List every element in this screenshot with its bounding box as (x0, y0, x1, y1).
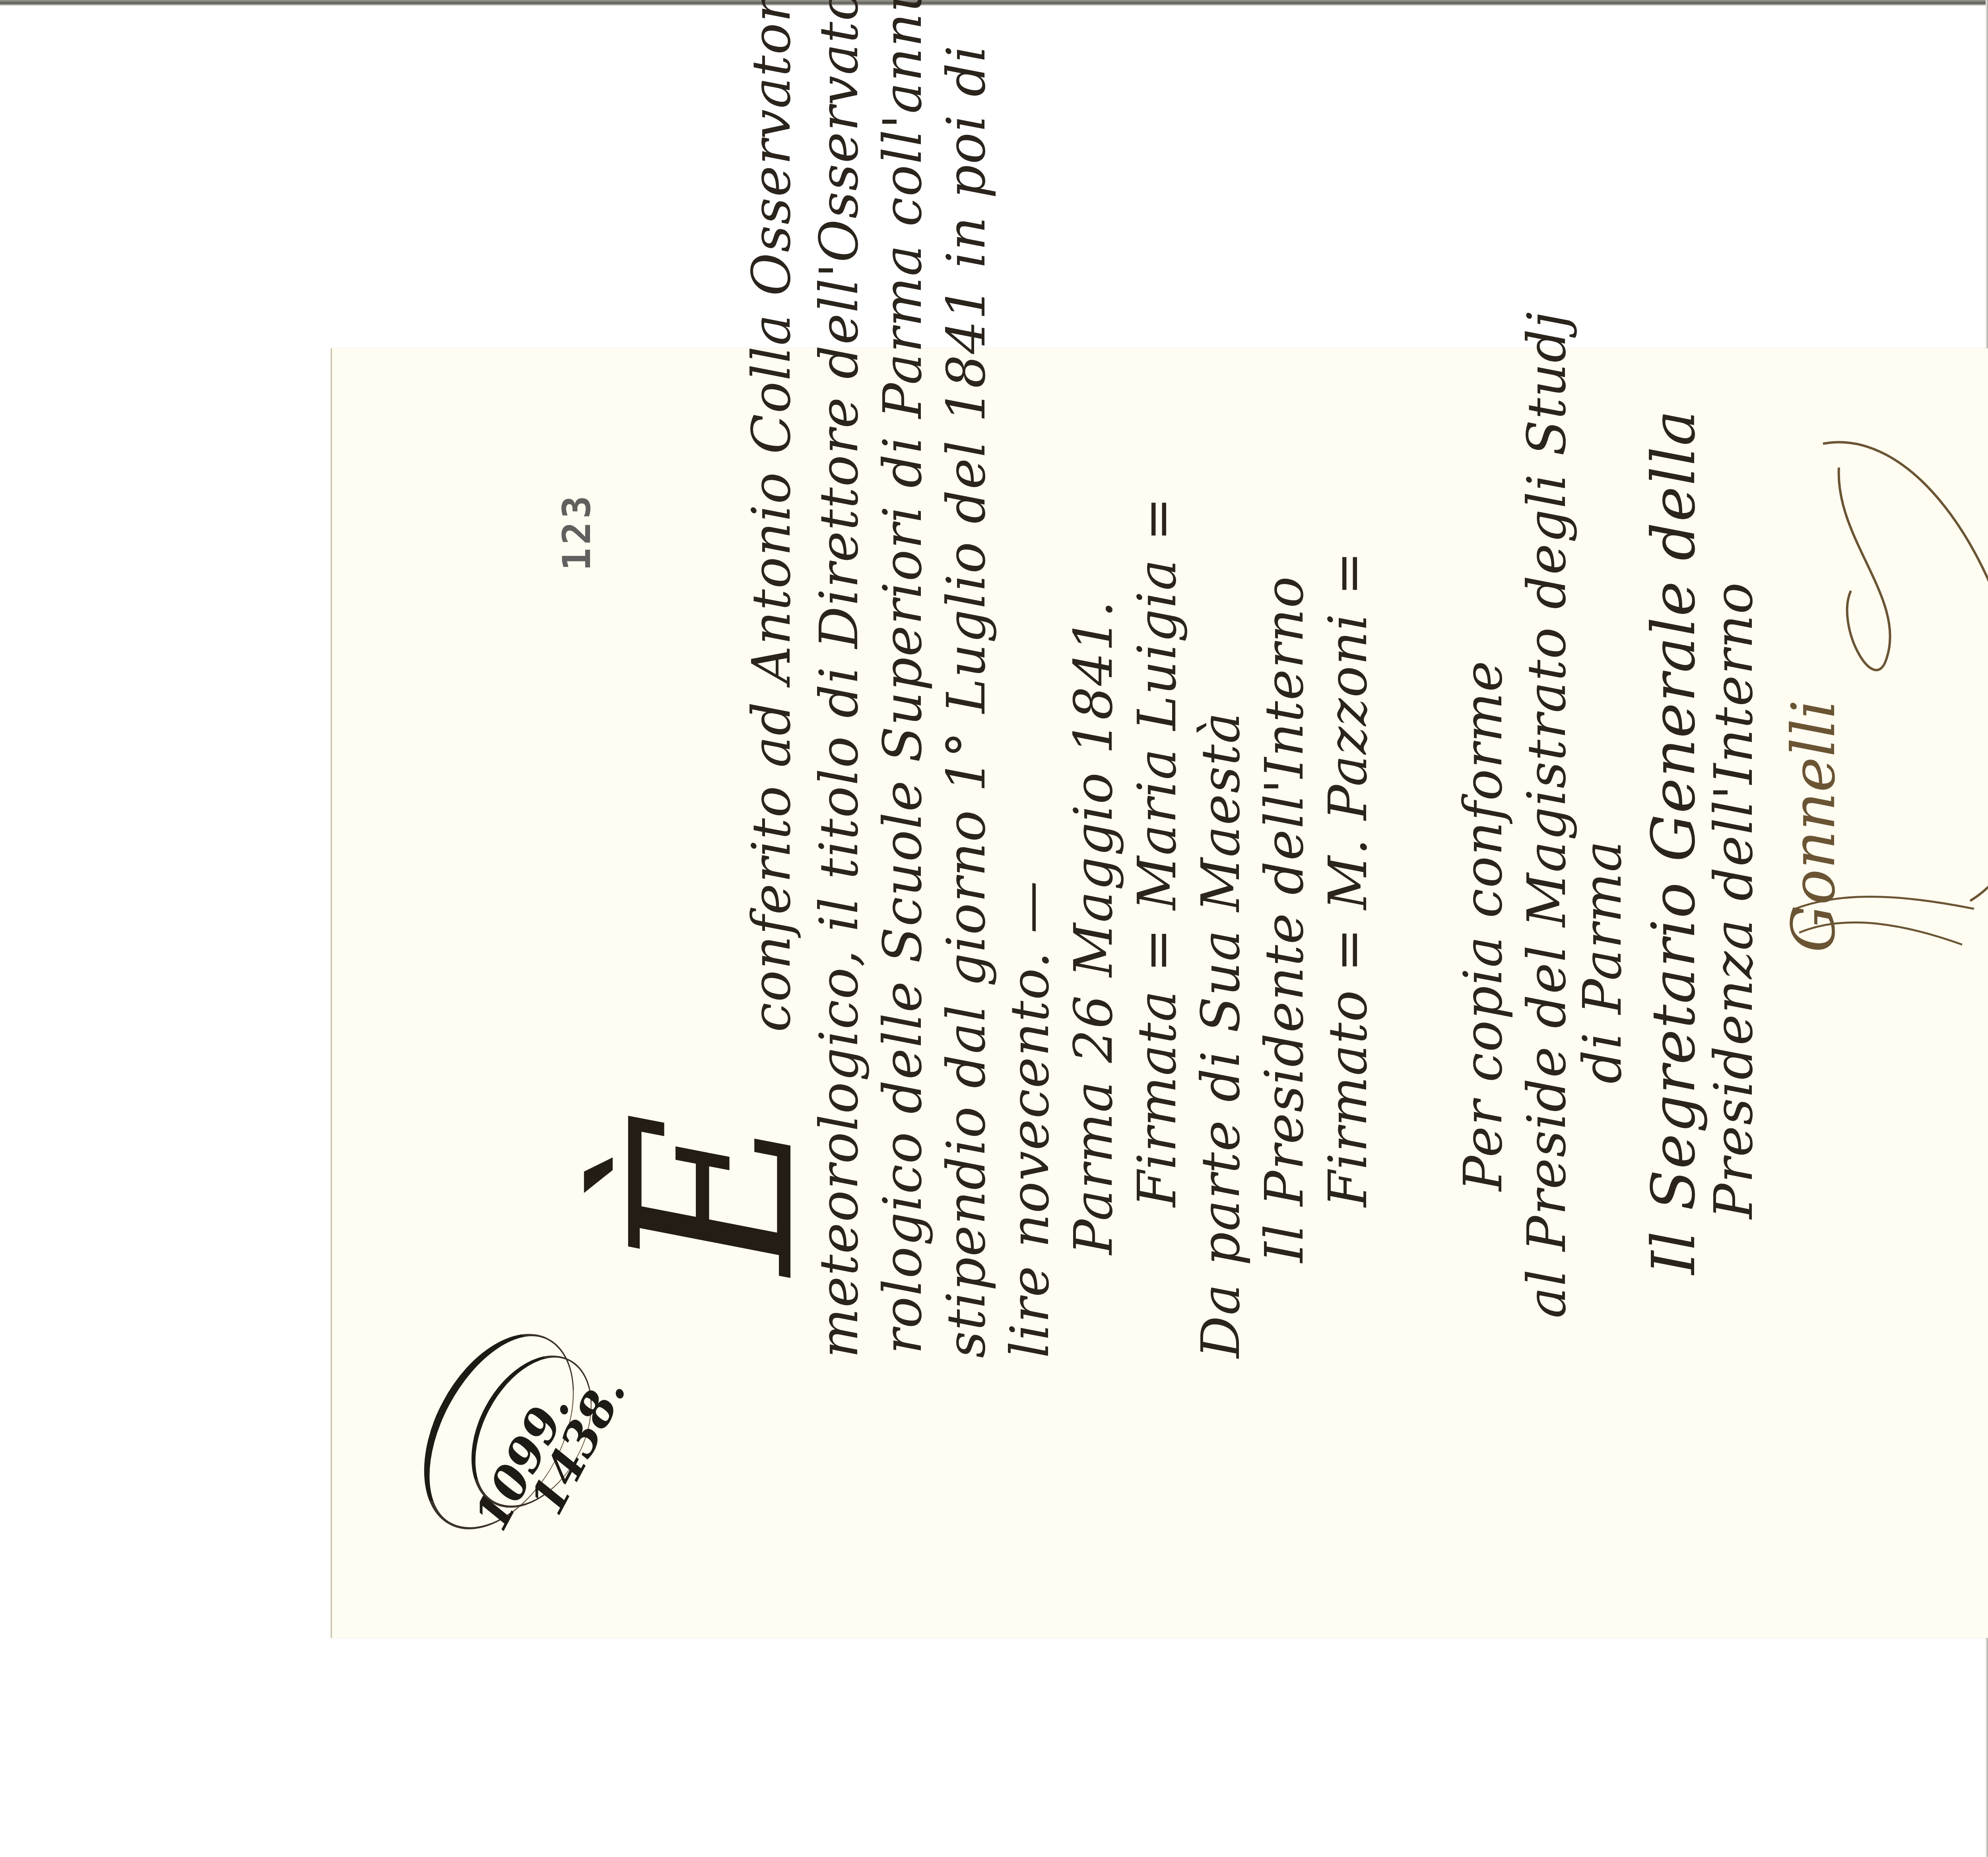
on-behalf-line: Da parte di Sua Maestà (1195, 712, 1247, 1358)
decorative-initial: È (602, 1112, 825, 1275)
sovereign-signature: Firmata = Maria Luigia = (1131, 496, 1184, 1207)
secretary-title: Il Segretario Generale della (1644, 409, 1704, 1275)
signature-flourish (1787, 420, 1988, 957)
body-line: lire novecento. — (1004, 880, 1056, 1358)
body-line: meteorologico, il titolo di Direttore de… (813, 0, 866, 1358)
body-text: meteorologico, il titolo di Direttore de… (813, 0, 866, 1358)
president-signature: Firmato = M. Pazzoni = (1322, 551, 1375, 1207)
certification-line: Per copia conforme (1457, 660, 1510, 1191)
president-title: Il Presidente dell'Interno (1258, 576, 1311, 1263)
certification-line: di Parma (1576, 840, 1629, 1084)
body-text: lire novecento. — (1004, 880, 1056, 1358)
certification-line: al Preside del Magistrato degli Studj (1521, 311, 1573, 1318)
scanner-edge-top (0, 0, 1988, 6)
body-line: conferito ad Antonio Colla Osservatore (745, 0, 798, 1032)
secretary-title: Presidenza dell'Interno (1708, 582, 1760, 1219)
document-sheet: 1099. 1438. 123 È conferito ad Antonio C… (331, 348, 1988, 1638)
body-text: rologico delle Scuole Superiori di Parma… (877, 0, 929, 1354)
body-line: rologico delle Scuole Superiori di Parma… (877, 0, 929, 1354)
stamp-number: 123 (555, 493, 599, 571)
body-text: stipendio dal giorno 1° Luglio del 1841 … (940, 45, 993, 1358)
body-line: stipendio dal giorno 1° Luglio del 1841 … (940, 45, 993, 1358)
dateline: Parma 26 Maggio 1841. (1068, 600, 1120, 1255)
body-text: conferito ad Antonio Colla Osservatore (745, 0, 798, 1032)
